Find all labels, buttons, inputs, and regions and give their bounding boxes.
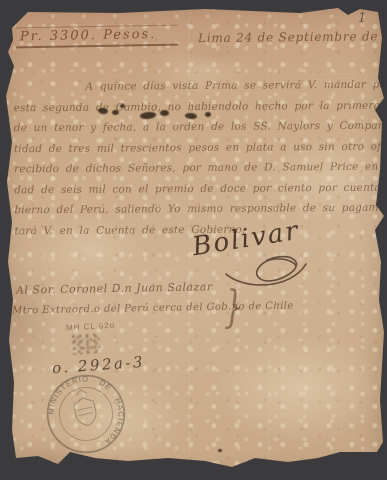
body-line: esta segunda de Cambio, no habiendolo he…	[14, 95, 382, 118]
addressee-brace: }	[224, 283, 243, 334]
body-line: tidad de tres mil trescientos pesos en p…	[14, 136, 382, 159]
body-line: de un tenor y fecha, a la orden de los S…	[14, 116, 382, 139]
archive-inventory-stamp: MH CL 92o	[66, 321, 116, 333]
manuscript-paper-sheet: Pr. 3300. Pesos. Lima 24 de Septiembre d…	[0, 0, 387, 480]
coat-of-arms-icon	[71, 388, 99, 428]
body-line: dad de seis mil con el premio de doce po…	[14, 177, 382, 200]
addressee-title-line: Mtro Extraord.o del Perú cerca del Gob.n…	[12, 301, 294, 317]
letter-body: A quince dias vista Prima se servirá V. …	[13, 75, 382, 242]
ink-blot	[120, 104, 125, 108]
ministry-seal-stamp: · MINISTERIO · DE · HACIENDA ·	[36, 364, 137, 465]
ink-blot	[112, 110, 119, 115]
fold-crease-horizontal	[0, 72, 387, 74]
scanned-document-photo: Pr. 3300. Pesos. Lima 24 de Septiembre d…	[0, 0, 387, 480]
body-line: bierno del Perú, saliendo Yo mismo respo…	[14, 198, 382, 221]
pencil-folio-number: 1	[358, 11, 366, 26]
ink-blot	[205, 112, 211, 117]
ink-blot	[160, 110, 169, 116]
addressee-name-line: Al Sor. Coronel D.n Juan Salazar	[16, 280, 213, 296]
body-line: recibido de dichos Señores, por mano de …	[14, 157, 382, 180]
body-line: A quince dias vista Prima se servirá V. …	[13, 75, 381, 98]
place-and-date-line: Lima 24 de Septiembre de 1825.	[198, 29, 387, 45]
amount-inscription: Pr. 3300. Pesos.	[16, 25, 179, 49]
ink-speck	[218, 449, 222, 452]
stamp-smudge	[71, 333, 100, 355]
